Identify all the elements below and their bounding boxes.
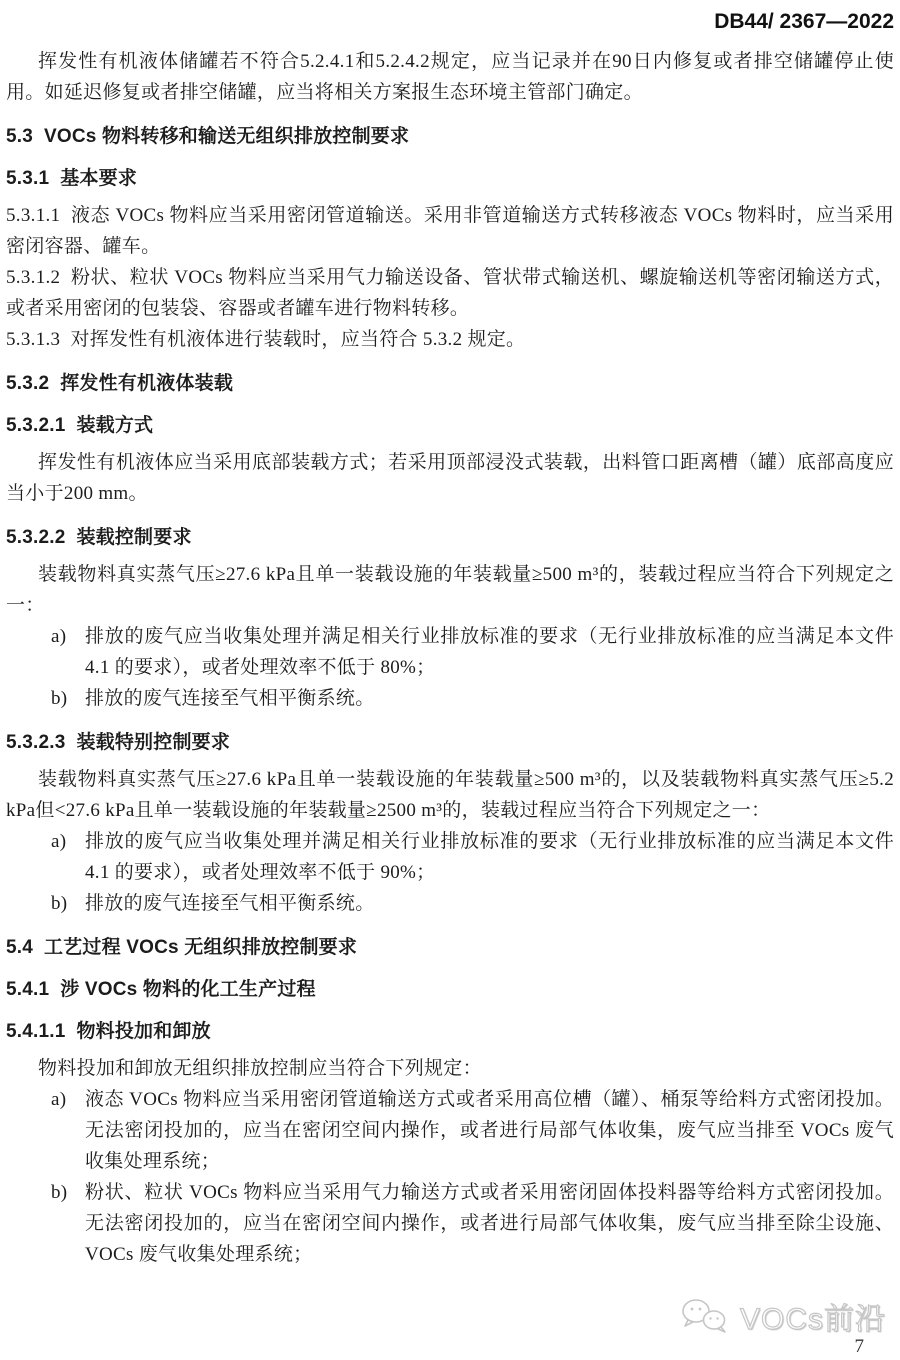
clause-paragraph: 5.3.1.1 液态 VOCs 物料应当采用密闭管道输送。采用非管道输送方式转移…: [6, 200, 894, 262]
section-heading: 5.4.1 涉 VOCs 物料的化工生产过程: [6, 977, 894, 1003]
section-heading: 5.4.1.1 物料投加和卸放: [6, 1019, 894, 1045]
paragraph: 物料投加和卸放无组织排放控制应当符合下列规定：: [6, 1053, 894, 1084]
list-marker: b): [51, 888, 67, 919]
watermark: VOCs前沿: [680, 1294, 886, 1338]
list-item-text: 排放的废气应当收集处理并满足相关行业排放标准的要求（无行业排放标准的应当满足本文…: [85, 626, 894, 678]
list-item-text: 排放的废气连接至气相平衡系统。: [85, 688, 375, 709]
list-item: b)排放的废气连接至气相平衡系统。: [6, 683, 894, 714]
list-item: a)排放的废气应当收集处理并满足相关行业排放标准的要求（无行业排放标准的应当满足…: [6, 621, 894, 683]
list-item-text: 排放的废气连接至气相平衡系统。: [85, 893, 375, 914]
paragraph: 挥发性有机液体储罐若不符合5.2.4.1和5.2.4.2规定，应当记录并在90日…: [6, 46, 894, 108]
list-item: b)排放的废气连接至气相平衡系统。: [6, 888, 894, 919]
list-item-text: 粉状、粒状 VOCs 物料应当采用气力输送方式或者采用密闭固体投料器等给料方式密…: [85, 1182, 894, 1265]
list-item: a)排放的废气应当收集处理并满足相关行业排放标准的要求（无行业排放标准的应当满足…: [6, 826, 894, 888]
section-heading: 5.4 工艺过程 VOCs 无组织排放控制要求: [6, 935, 894, 961]
list-marker: a): [51, 621, 66, 652]
list-item-text: 液态 VOCs 物料应当采用密闭管道输送方式或者采用高位槽（罐）、桶泵等给料方式…: [85, 1089, 894, 1172]
standard-code-header: DB44/ 2367—2022: [0, 0, 900, 34]
section-heading: 5.3.2 挥发性有机液体装载: [6, 371, 894, 397]
clause-paragraph: 5.3.1.2 粉状、粒状 VOCs 物料应当采用气力输送设备、管状带式输送机、…: [6, 262, 894, 324]
section-heading: 5.3 VOCs 物料转移和输送无组织排放控制要求: [6, 124, 894, 150]
list-marker: b): [51, 1177, 67, 1208]
list-item: b)粉状、粒状 VOCs 物料应当采用气力输送方式或者采用密闭固体投料器等给料方…: [6, 1177, 894, 1270]
list-marker: a): [51, 1084, 66, 1115]
document-page: DB44/ 2367—2022 挥发性有机液体储罐若不符合5.2.4.1和5.2…: [0, 0, 900, 1360]
paragraph: 装载物料真实蒸气压≥27.6 kPa且单一装载设施的年装载量≥500 m³的，以…: [6, 764, 894, 826]
page-number: 7: [855, 1336, 865, 1358]
paragraph: 挥发性有机液体应当采用底部装载方式；若采用顶部浸没式装载，出料管口距离槽（罐）底…: [6, 447, 894, 509]
section-heading: 5.3.2.2 装载控制要求: [6, 525, 894, 551]
section-heading: 5.3.2.3 装载特别控制要求: [6, 730, 894, 756]
clause-paragraph: 5.3.1.3 对挥发性有机液体进行装载时，应当符合 5.3.2 规定。: [6, 324, 894, 355]
section-heading: 5.3.1 基本要求: [6, 166, 894, 192]
document-body: 挥发性有机液体储罐若不符合5.2.4.1和5.2.4.2规定，应当记录并在90日…: [0, 46, 900, 1270]
paragraph: 装载物料真实蒸气压≥27.6 kPa且单一装载设施的年装载量≥500 m³的，装…: [6, 559, 894, 621]
section-heading: 5.3.2.1 装载方式: [6, 413, 894, 439]
list-item-text: 排放的废气应当收集处理并满足相关行业排放标准的要求（无行业排放标准的应当满足本文…: [85, 831, 894, 883]
list-item: a)液态 VOCs 物料应当采用密闭管道输送方式或者采用高位槽（罐）、桶泵等给料…: [6, 1084, 894, 1177]
watermark-text: VOCs前沿: [740, 1294, 886, 1338]
list-marker: b): [51, 683, 67, 714]
list-marker: a): [51, 826, 66, 857]
wechat-bubbles-icon: [680, 1296, 732, 1336]
